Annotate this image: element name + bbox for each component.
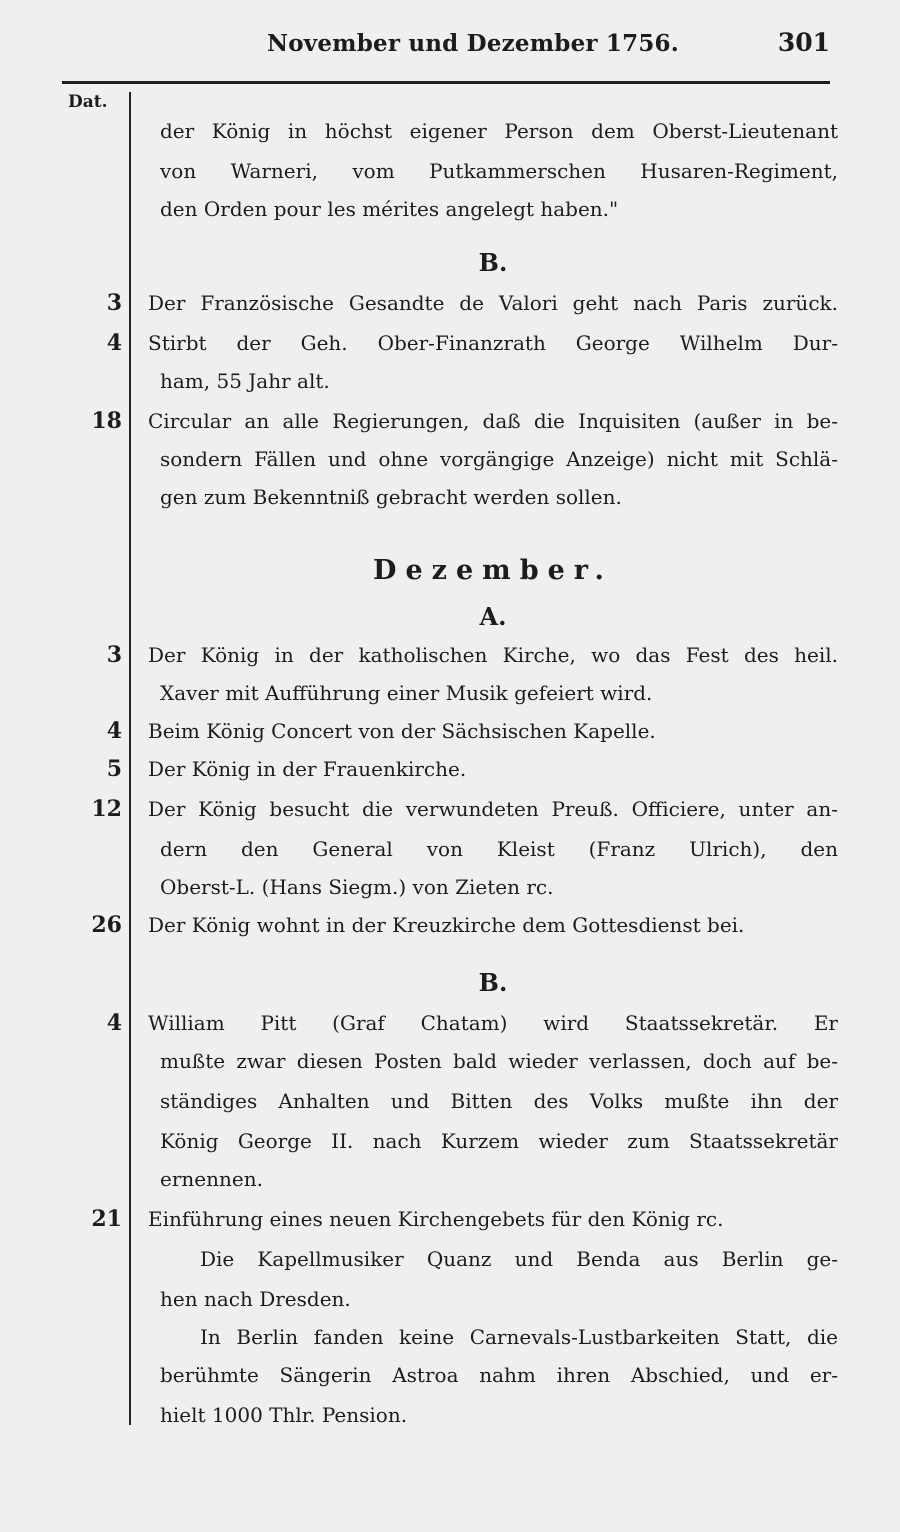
entry-text: Der König in der Frauenkirche. (148, 750, 838, 788)
entry-text: Der Französische Gesandte de Valori geht… (148, 284, 838, 322)
entry-line: 4William Pitt (Graf Chatam) wird Staatss… (0, 1004, 900, 1042)
entry-line: 4Stirbt der Geh. Ober-Finanzrath George … (0, 324, 900, 362)
entry-line: 4Beim König Concert von der Sächsischen … (0, 712, 900, 750)
entry-date: 5 (40, 750, 122, 788)
header-rule (62, 81, 830, 84)
entry-text: ham, 55 Jahr alt. (160, 362, 838, 400)
entry-date: 4 (40, 324, 122, 362)
section-heading: A. (0, 598, 900, 636)
entry-line: der König in höchst eigener Person dem O… (0, 112, 900, 150)
entry-line: 12Der König besucht die verwundeten Preu… (0, 790, 900, 828)
entry-line: sondern Fällen und ohne vorgängige Anzei… (0, 440, 900, 478)
entry-line: ständiges Anhalten und Bitten des Volks … (0, 1082, 900, 1120)
entry-line: ham, 55 Jahr alt. (0, 362, 900, 400)
entry-text: den Orden pour les mérites angelegt habe… (160, 190, 838, 228)
entry-date: 4 (40, 712, 122, 750)
entry-text: der König in höchst eigener Person dem O… (160, 112, 838, 150)
entry-date: 3 (40, 284, 122, 322)
entry-text: Stirbt der Geh. Ober-Finanzrath George W… (148, 324, 838, 362)
entry-text: Xaver mit Aufführung einer Musik gefeier… (160, 674, 838, 712)
entry-text: hen nach Dresden. (160, 1280, 838, 1318)
entry-text: Der König besucht die verwundeten Preuß.… (148, 790, 838, 828)
date-column-label: Dat. (68, 92, 108, 112)
entry-text: William Pitt (Graf Chatam) wird Staatsse… (148, 1004, 838, 1042)
entry-text: Einführung eines neuen Kirchengebets für… (148, 1200, 838, 1238)
entry-text: In Berlin fanden keine Carnevals-Lustbar… (200, 1318, 838, 1356)
entry-text: von Warneri, vom Putkammerschen Husaren-… (160, 152, 838, 190)
entry-line: Die Kapellmusiker Quanz und Benda aus Be… (0, 1240, 900, 1278)
entry-line: 5Der König in der Frauenkirche. (0, 750, 900, 788)
entry-line: 3Der Französische Gesandte de Valori geh… (0, 284, 900, 322)
entry-date: 21 (40, 1200, 122, 1238)
entry-text: Beim König Concert von der Sächsischen K… (148, 712, 838, 750)
entry-line: mußte zwar diesen Posten bald wieder ver… (0, 1042, 900, 1080)
entry-line: ernennen. (0, 1160, 900, 1198)
entry-text: Circular an alle Regierungen, daß die In… (148, 402, 838, 440)
entry-date: 4 (40, 1004, 122, 1042)
section-heading: B. (0, 244, 900, 282)
entry-line: hielt 1000 Thlr. Pension. (0, 1396, 900, 1434)
entry-text: berühmte Sängerin Astroa nahm ihren Absc… (160, 1356, 838, 1394)
entry-line: König George II. nach Kurzem wieder zum … (0, 1122, 900, 1160)
entry-line: 3Der König in der katholischen Kirche, w… (0, 636, 900, 674)
entry-line: berühmte Sängerin Astroa nahm ihren Absc… (0, 1356, 900, 1394)
page-number: 301 (778, 28, 830, 57)
entry-text: sondern Fällen und ohne vorgängige Anzei… (160, 440, 838, 478)
entry-line: den Orden pour les mérites angelegt habe… (0, 190, 900, 228)
entry-line: gen zum Bekenntniß gebracht werden solle… (0, 478, 900, 516)
entry-date: 3 (40, 636, 122, 674)
entry-text: Oberst-L. (Hans Siegm.) von Zieten rc. (160, 868, 838, 906)
entry-text: Die Kapellmusiker Quanz und Benda aus Be… (200, 1240, 838, 1278)
entry-line: hen nach Dresden. (0, 1280, 900, 1318)
entry-line: 26Der König wohnt in der Kreuzkirche dem… (0, 906, 900, 944)
entry-text: Der König in der katholischen Kirche, wo… (148, 636, 838, 674)
entry-line: von Warneri, vom Putkammerschen Husaren-… (0, 152, 900, 190)
entry-line: dern den General von Kleist (Franz Ulric… (0, 830, 900, 868)
section-heading-text: B. (148, 244, 838, 282)
entry-line: 21Einführung eines neuen Kirchengebets f… (0, 1200, 900, 1238)
running-head: November und Dezember 1756. 301 (62, 26, 830, 66)
entry-date: 26 (40, 906, 122, 944)
entry-text: hielt 1000 Thlr. Pension. (160, 1396, 838, 1434)
section-heading-text: B. (148, 964, 838, 1002)
entry-date: 12 (40, 790, 122, 828)
entry-text: gen zum Bekenntniß gebracht werden solle… (160, 478, 838, 516)
entry-text: dern den General von Kleist (Franz Ulric… (160, 830, 838, 868)
entry-line: In Berlin fanden keine Carnevals-Lustbar… (0, 1318, 900, 1356)
section-heading-text: A. (148, 598, 838, 636)
entry-text: ernennen. (160, 1160, 838, 1198)
entry-line: Xaver mit Aufführung einer Musik gefeier… (0, 674, 900, 712)
entry-line: 18Circular an alle Regierungen, daß die … (0, 402, 900, 440)
section-heading-text: Dezember. (148, 552, 838, 590)
running-title: November und Dezember 1756. (267, 30, 679, 57)
section-heading: Dezember. (0, 552, 900, 590)
entry-text: mußte zwar diesen Posten bald wieder ver… (160, 1042, 838, 1080)
entry-text: König George II. nach Kurzem wieder zum … (160, 1122, 838, 1160)
entry-line: Oberst-L. (Hans Siegm.) von Zieten rc. (0, 868, 900, 906)
section-heading: B. (0, 964, 900, 1002)
book-page: November und Dezember 1756. 301 Dat. der… (0, 0, 900, 1532)
entry-text: Der König wohnt in der Kreuzkirche dem G… (148, 906, 838, 944)
entry-text: ständiges Anhalten und Bitten des Volks … (160, 1082, 838, 1120)
entry-date: 18 (40, 402, 122, 440)
